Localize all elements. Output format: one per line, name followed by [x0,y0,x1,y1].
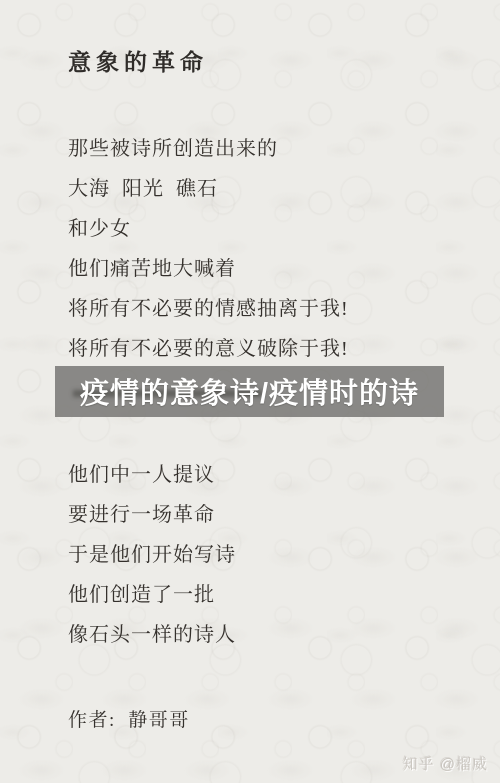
poem-line: 大海 阳光 礁石 [68,169,349,209]
poem-line: 他们中一人提议 [68,455,236,495]
stanza-2: 他们中一人提议 要进行一场革命 于是他们开始写诗 他们创造了一批 像石头一样的诗… [68,455,236,655]
poem-line: 他们创造了一批 [68,575,236,615]
zhihu-watermark: 知乎 @榴威 [403,753,488,774]
author-line: 作者: 静哥哥 [68,705,190,732]
poem-line: 那些被诗所创造出来的 [68,129,349,169]
stanza-1: 那些被诗所创造出来的 大海 阳光 礁石 和少女 他们痛苦地大喊着 将所有不必要的… [68,129,349,369]
poem-page: 意象的革命 那些被诗所创造出来的 大海 阳光 礁石 和少女 他们痛苦地大喊着 将… [0,0,500,783]
poem-line: 将所有不必要的意义破除于我! [68,329,349,369]
overlay-banner: 疫情的意象诗/疫情时的诗 [55,366,444,417]
poem-line: 像石头一样的诗人 [68,615,236,655]
poem-line: 于是他们开始写诗 [68,535,236,575]
poem-line: 他们痛苦地大喊着 [68,249,349,289]
poem-line: 要进行一场革命 [68,495,236,535]
poem-title: 意象的革命 [68,50,208,76]
poem-line: 将所有不必要的情感抽离于我! [68,289,349,329]
poem-line: 和少女 [68,209,349,249]
banner-text: 疫情的意象诗/疫情时的诗 [80,371,419,412]
